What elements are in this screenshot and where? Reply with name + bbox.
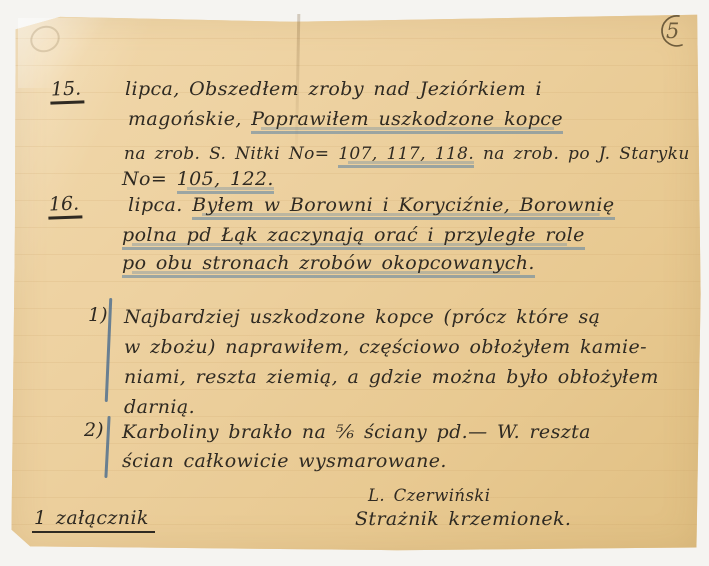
signature-title: Strażnik krzemionek.: [355, 506, 571, 532]
scanned-document: 5 15. lipca, Obszedłem zroby nad Jeziórk…: [0, 0, 709, 566]
page-number-block: 5: [649, 12, 693, 58]
entry-15-number: 15.: [50, 77, 85, 104]
entry-15-line-3: na zrob. S. Nitki No= 107, 117, 118. na …: [124, 141, 690, 167]
page-number: 5: [666, 19, 679, 43]
note-1-line-4: darnią.: [124, 394, 195, 420]
entry-16-line-3: po obu stronach zrobów okopcowanych.: [122, 250, 535, 276]
note-1-line-3: niami, reszta ziemią, a gdzie można było…: [124, 364, 659, 390]
note-1-line-1: Najbardziej uszkodzone kopce (prócz któr…: [124, 304, 600, 330]
blue-underlined-segment: 107, 117, 118.: [338, 144, 474, 168]
attachment-note: 1 załącznik: [32, 505, 155, 531]
note-2-line-2: ścian całkowicie wysmarowane.: [122, 448, 447, 474]
blue-underlined-segment: polna pd Łąk zaczynają orać i przyległe …: [122, 224, 585, 250]
entry-15-line-1: lipca, Obszedłem zroby nad Jeziórkiem i: [125, 76, 542, 102]
attachment-note-text: 1 załącznik: [32, 507, 155, 533]
text-segment: na zrob. po J. Staryku: [474, 144, 690, 164]
text-segment: lipca.: [128, 194, 192, 216]
text-segment: magońskie,: [128, 108, 251, 130]
entry-16-number: 16.: [48, 192, 83, 219]
entry-15-line-4: No= 105, 122.: [122, 166, 274, 192]
text-segment: No=: [122, 168, 177, 190]
note-1-number: 1): [88, 304, 108, 326]
blue-underlined-segment: Byłem w Borowni i Koryciźnie, Borownię: [192, 194, 614, 220]
note-2-number: 2): [84, 419, 104, 441]
blue-underlined-segment: 105, 122.: [177, 168, 274, 194]
text-segment: lipca, Obszedłem zroby nad Jeziórkiem i: [125, 78, 542, 100]
note-1-line-2: w zbożu) naprawiłem, częściowo obłożyłem…: [124, 334, 647, 360]
note-2-line-1: Karboliny brakło na ⅚ ściany pd.— W. res…: [122, 419, 591, 445]
text-segment: na zrob. S. Nitki No=: [124, 144, 338, 164]
blue-underlined-segment: po obu stronach zrobów okopcowanych.: [122, 252, 535, 278]
entry-16-line-2: polna pd Łąk zaczynają orać i przyległe …: [122, 222, 585, 248]
blue-underlined-segment: Poprawiłem uszkodzone kopce: [251, 108, 563, 134]
entry-16-line-1: lipca. Byłem w Borowni i Koryciźnie, Bor…: [128, 192, 615, 218]
entry-15-line-2: magońskie, Poprawiłem uszkodzone kopce: [128, 106, 563, 132]
